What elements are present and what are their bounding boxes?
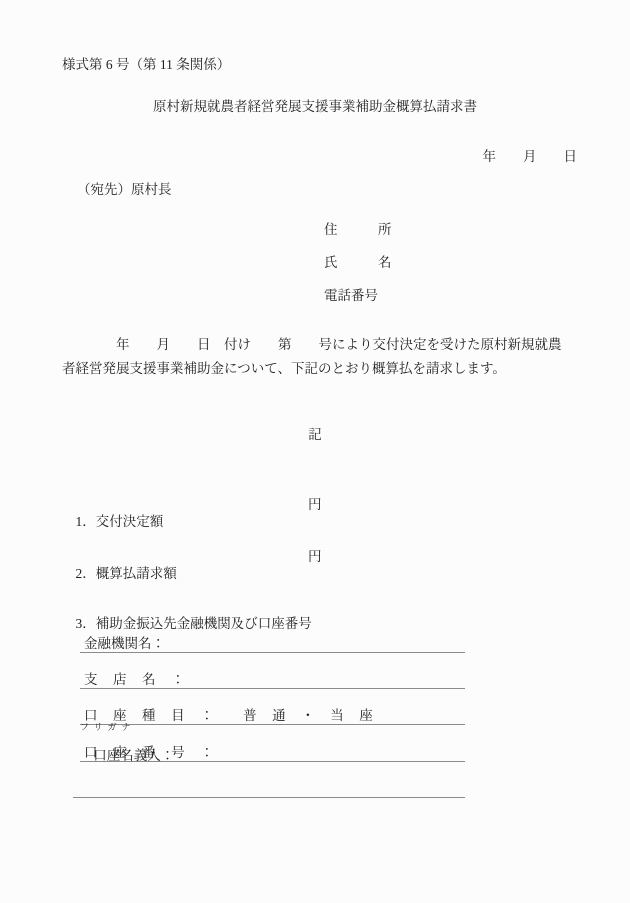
currency-unit-label: 円 <box>308 549 322 566</box>
item-label: 2．概算払請求額 <box>76 566 177 581</box>
record-marker: 記 <box>0 427 630 444</box>
item-label: 1．交付決定額 <box>76 514 164 529</box>
account-type-field: 口座種目： 普通・当座 <box>80 703 465 725</box>
page-title: 原村新規就農者経営発展支援事業補助金概算払請求書 <box>0 99 630 116</box>
bank-institution-label: 金融機関名： <box>84 632 165 652</box>
furigana-label: フリガナ <box>80 722 135 732</box>
applicant-address-label: 住 所 <box>324 222 392 239</box>
account-type-options: 普通・当座 <box>243 704 388 724</box>
body-paragraph-line-1: 年 月 日 付け 第 号により交付決定を受けた原村新規就農 <box>62 337 562 354</box>
account-holder-label-row: 口座名義人： <box>73 732 174 797</box>
bank-institution-field: 金融機関名： <box>80 631 465 653</box>
bank-branch-field: 支店名： <box>80 667 465 689</box>
applicant-phone-label: 電話番号 <box>324 288 378 305</box>
account-holder-field: フリガナ 口座名義人： <box>73 766 465 798</box>
applicant-name-label: 氏 名 <box>324 255 392 272</box>
account-holder-label: 口座名義人： <box>93 748 174 763</box>
bank-branch-label: 支店名： <box>84 668 200 688</box>
currency-unit-label: 円 <box>308 497 322 514</box>
body-paragraph-line-2: 者経営発展支援事業補助金について、下記のとおり概算払を請求します。 <box>62 361 506 378</box>
date-blank: 年 月 日 <box>483 149 578 166</box>
form-number: 様式第 6 号（第 11 条関係） <box>62 57 230 74</box>
addressee-line: （宛先）原村長 <box>77 182 172 199</box>
document-page: 様式第 6 号（第 11 条関係） 原村新規就農者経営発展支援事業補助金概算払請… <box>0 0 630 903</box>
item-label: 3．補助金振込先金融機関及び口座番号 <box>76 616 312 631</box>
